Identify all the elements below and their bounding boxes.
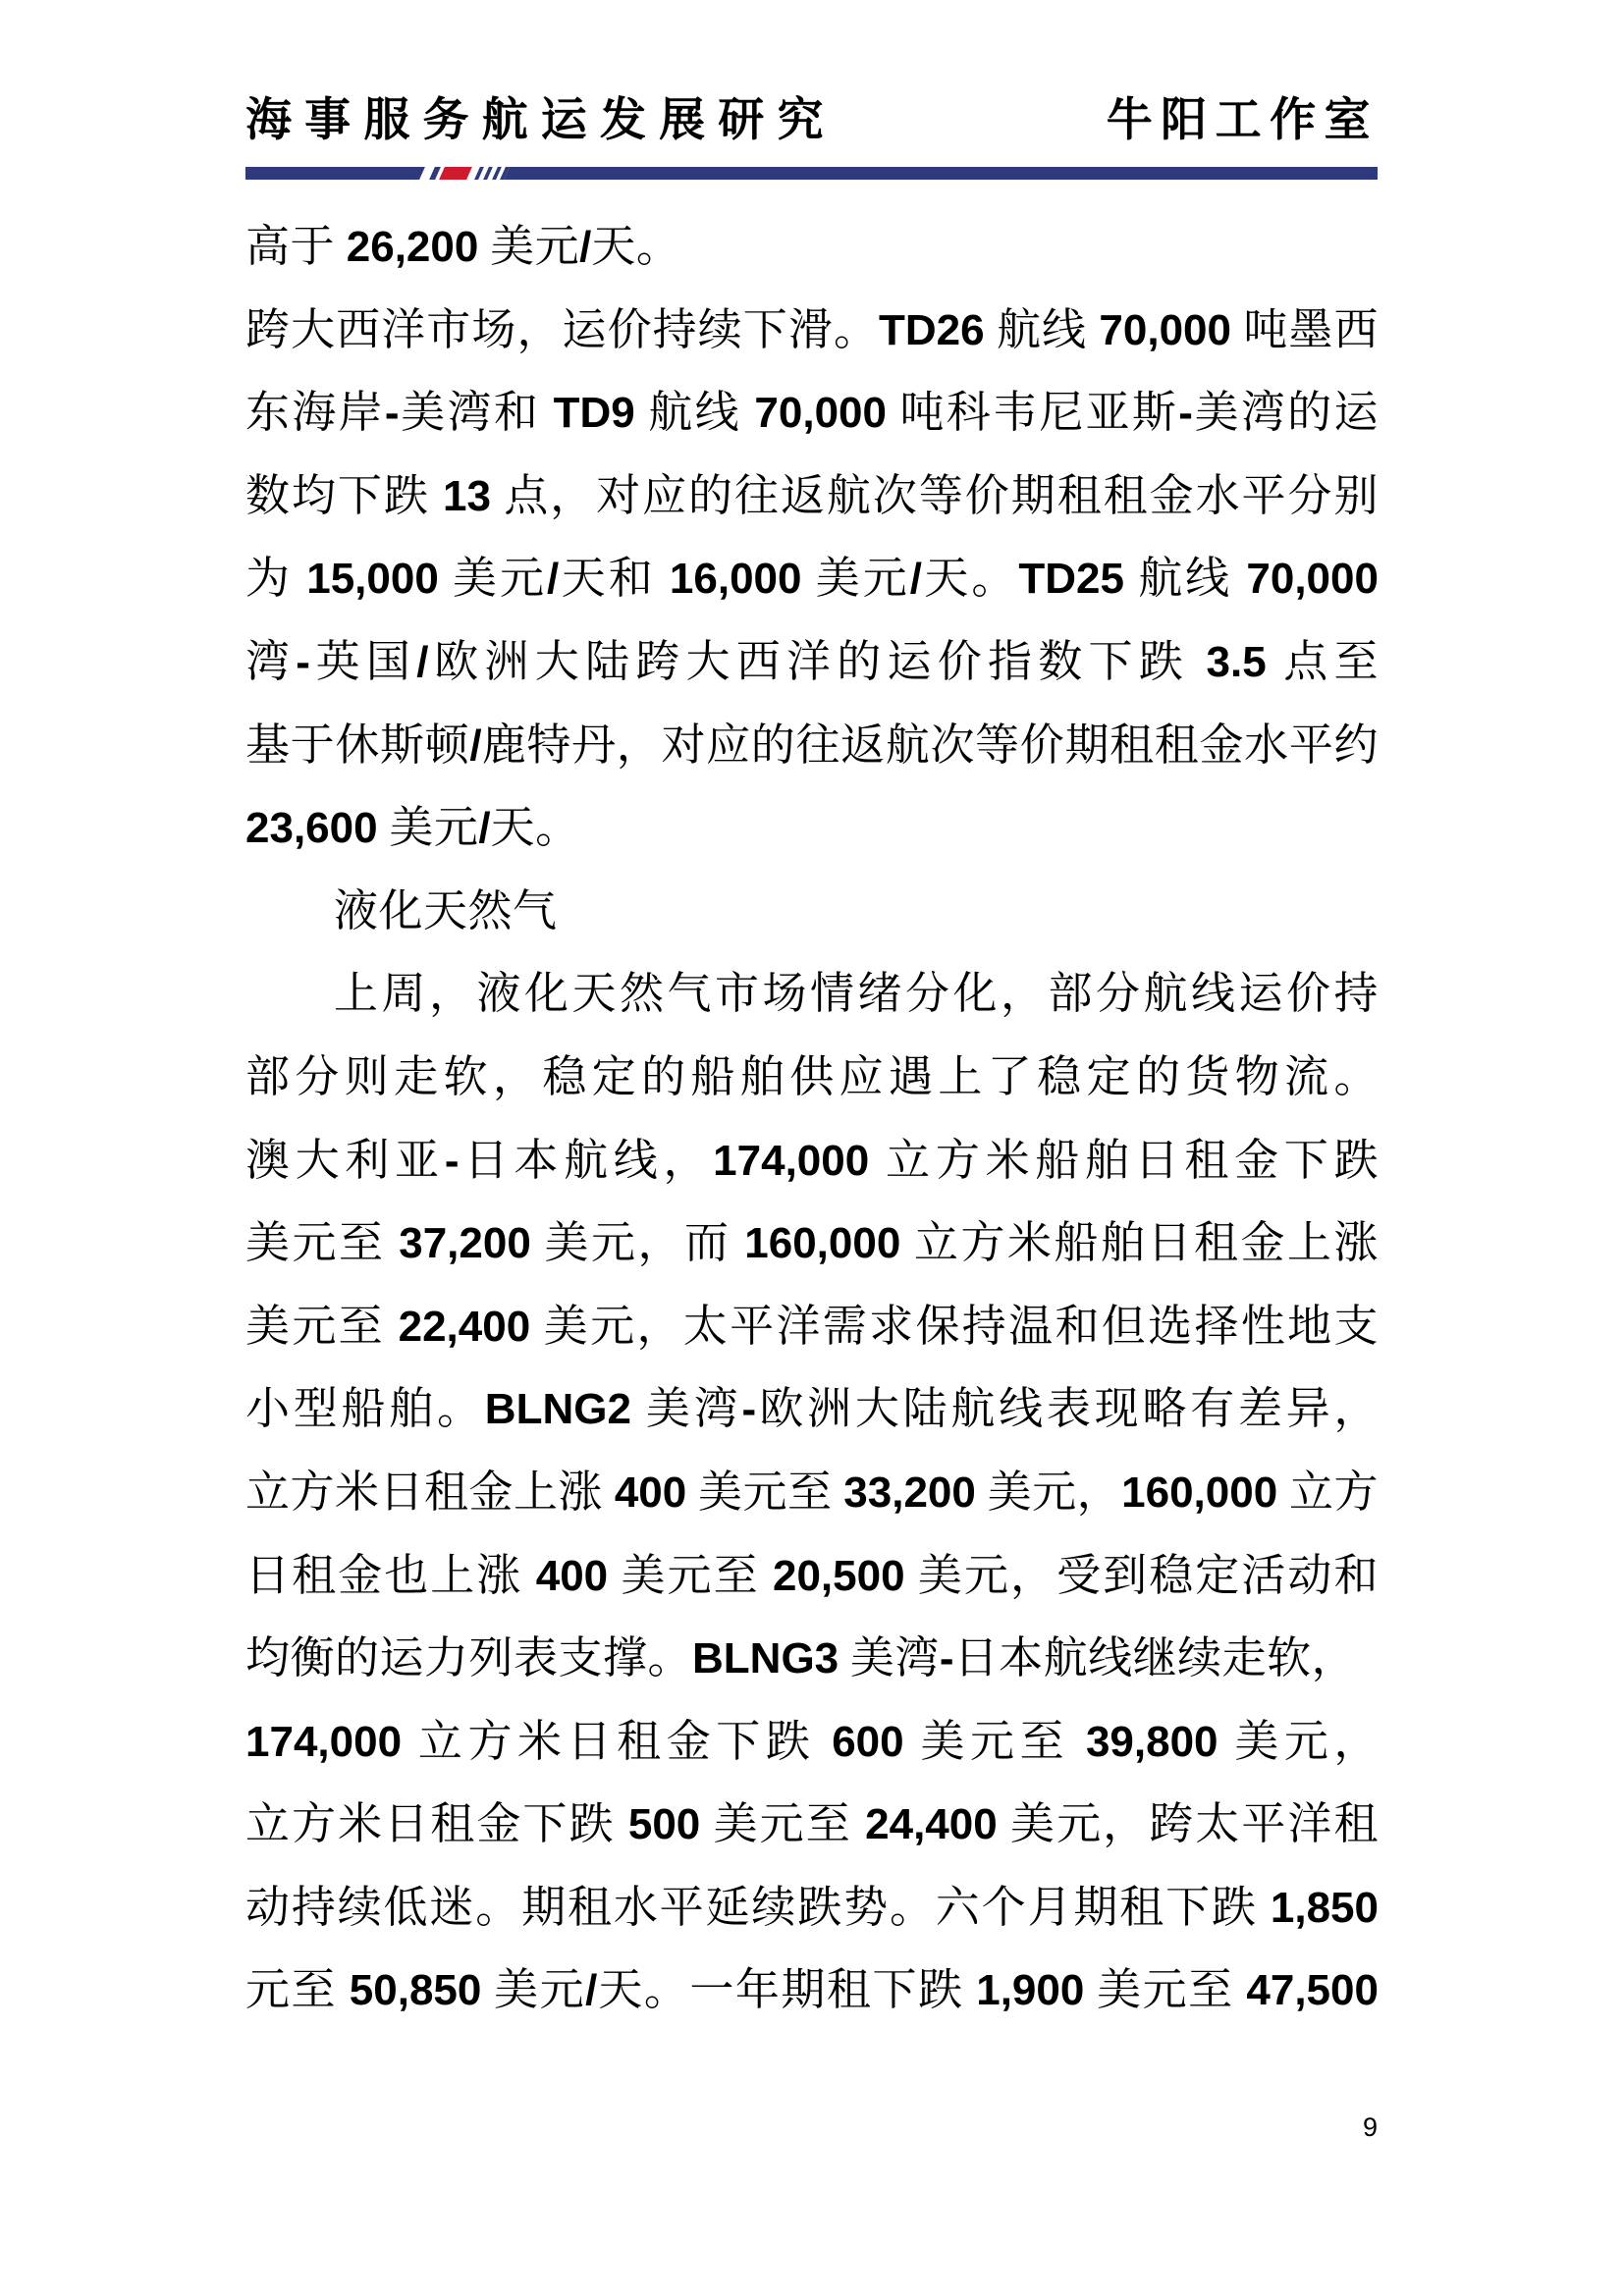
text-line: 均衡的运力列表支撑。BLNG3 美湾-日本航线继续走软， — [245, 1617, 1379, 1700]
text-line: 液化天然气 — [245, 870, 1379, 953]
text-line: 湾-英国/欧洲大陆跨大西洋的运价指数下跌 3.5 点至 WS120， — [245, 620, 1379, 704]
header-title-left: 海事服务航运发展研究 — [245, 94, 837, 145]
header-title-right: 牛阳工作室 — [1107, 94, 1379, 145]
document-page: 海事服务航运发展研究 牛阳工作室 高于 26,200 美元/天。跨大西洋市场，运… — [0, 0, 1624, 2296]
text-line: 数均下跌 13 点，对应的往返航次等价期租租金水平分别约 — [245, 454, 1379, 538]
page-header: 海事服务航运发展研究 牛阳工作室 — [245, 94, 1379, 145]
text-line: 基于休斯顿/鹿特丹，对应的往返航次等价期租租金水平约为 — [245, 704, 1379, 787]
text-line: 元至 50,850 美元/天。一年期租下跌 1,900 美元至 47,500 美 — [245, 1949, 1379, 2032]
text-line: 美元至 22,400 美元，太平洋需求保持温和但选择性地支撑了 — [245, 1285, 1379, 1368]
text-line: 澳大利亚-日本航线，174,000 立方米船舶日租金下跌 1,300 — [245, 1119, 1379, 1202]
text-line: 立方米日租金下跌 500 美元至 24,400 美元，跨太平洋租船活 — [245, 1783, 1379, 1866]
page-number: 9 — [1363, 2112, 1378, 2143]
header-rule-bar — [245, 167, 1378, 180]
text-line: 美元至 37,200 美元，而 160,000 立方米船舶日租金上涨 800 — [245, 1201, 1379, 1285]
text-line: 高于 26,200 美元/天。 — [245, 205, 1379, 289]
text-line: 小型船舶。BLNG2 美湾-欧洲大陆航线表现略有差异，174,000 — [245, 1367, 1379, 1451]
text-line: 跨大西洋市场，运价持续下滑。TD26 航线 70,000 吨墨西哥 — [245, 289, 1379, 372]
text-line: 立方米日租金上涨 400 美元至 33,200 美元，160,000 立方米 — [245, 1451, 1379, 1534]
text-line: 动持续低迷。期租水平延续跌势。六个月期租下跌 1,850 美 — [245, 1866, 1379, 1949]
text-line: 23,600 美元/天。 — [245, 786, 1379, 870]
text-line: 上周，液化天然气市场情绪分化，部分航线运价持稳， — [245, 952, 1379, 1036]
document-body: 高于 26,200 美元/天。跨大西洋市场，运价持续下滑。TD26 航线 70,… — [245, 205, 1379, 2032]
text-line: 174,000 立方米日租金下跌 600 美元至 39,800 美元，160,0… — [245, 1700, 1379, 1784]
text-line: 为 15,000 美元/天和 16,000 美元/天。TD25 航线 70,00… — [245, 537, 1379, 620]
text-line: 部分则走软，稳定的船舶供应遇上了稳定的货物流。BLNG1 — [245, 1036, 1379, 1119]
text-line: 东海岸-美湾和 TD9 航线 70,000 吨科韦尼亚斯-美湾的运费指 — [245, 371, 1379, 454]
text-line: 日租金也上涨 400 美元至 20,500 美元，受到稳定活动和相对 — [245, 1534, 1379, 1618]
